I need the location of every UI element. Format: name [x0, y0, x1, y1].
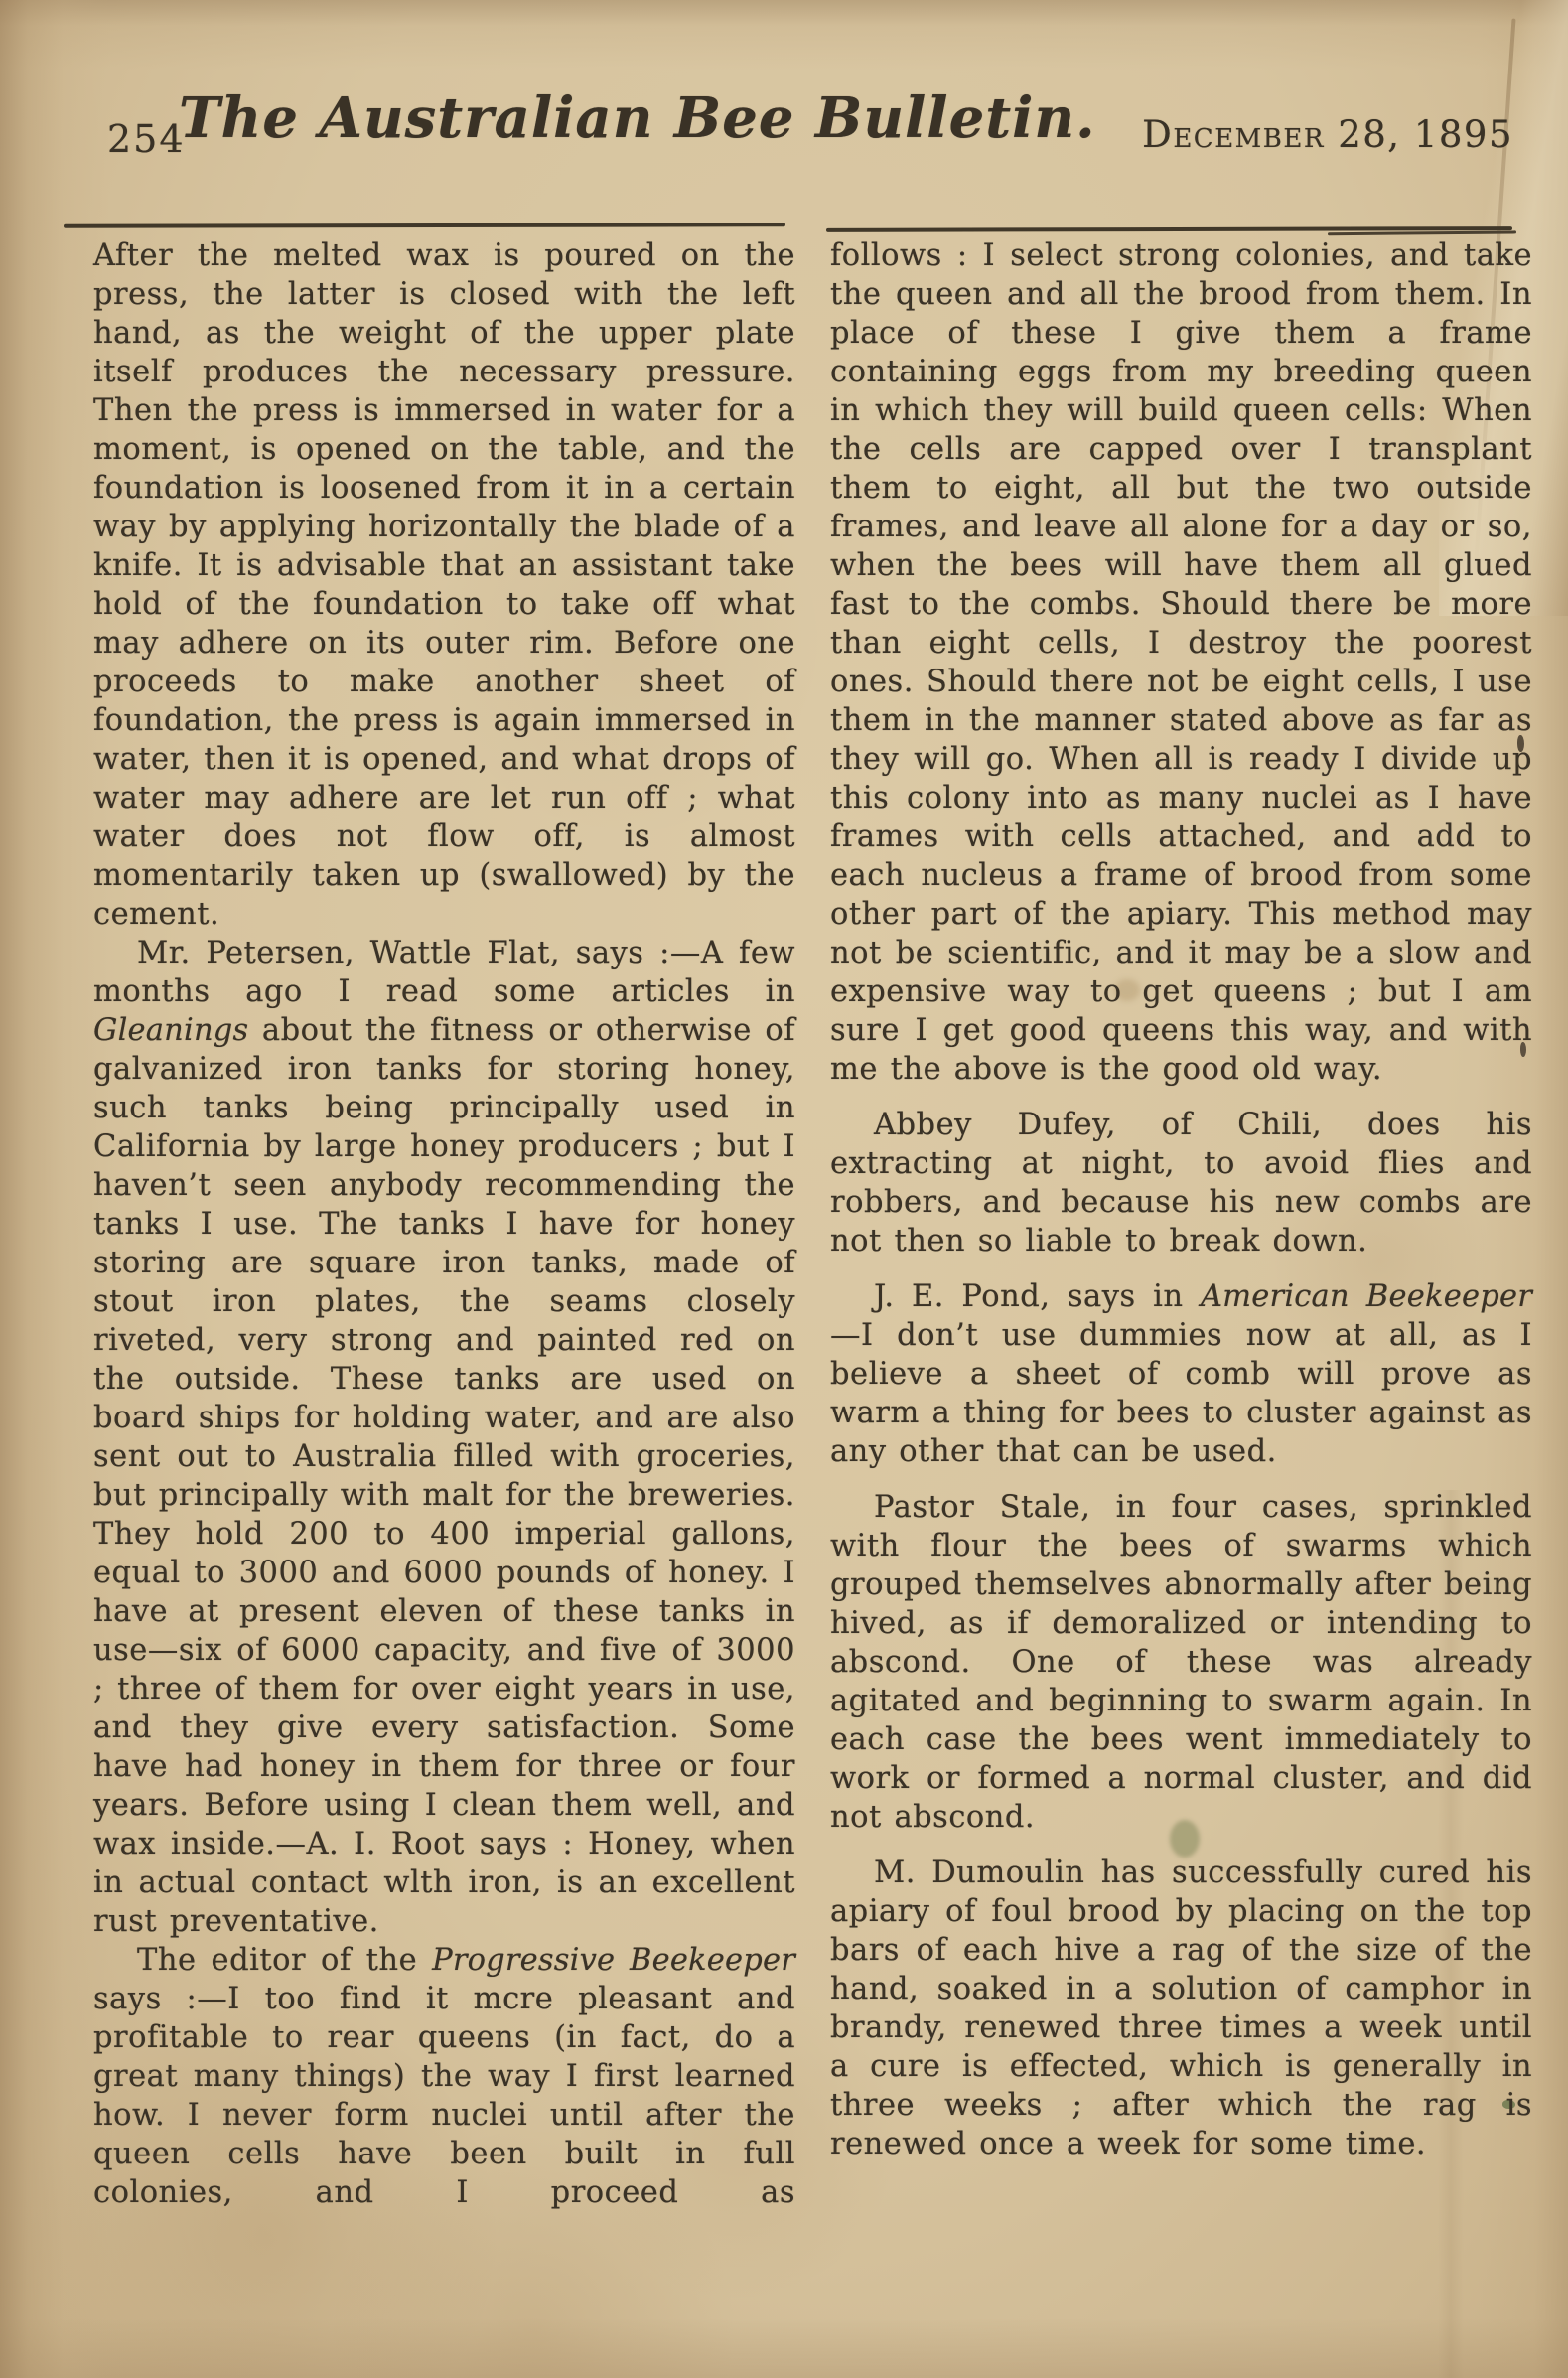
text-segment: about the fitness or otherwise of galvan…: [93, 1013, 795, 1939]
text-segment: M. Dumoulin has successfully cured his a…: [830, 1856, 1532, 2161]
text-segment: The editor of the: [137, 1943, 432, 1978]
paragraph: After the melted wax is poured on the pr…: [93, 236, 795, 934]
page-title: The Australian Bee Bulletin.: [179, 85, 1072, 151]
journal-name: Progressive Beekeeper: [432, 1943, 795, 1978]
paragraph: The editor of the Progressive Beekeeper …: [93, 1941, 795, 2212]
journal-name: Gleanings: [93, 1013, 248, 1048]
paragraph: follows : I select strong colonies, and …: [830, 236, 1532, 1089]
text-segment: Pastor Stale, in four cases, sprinkled w…: [830, 1490, 1532, 1835]
paragraph: Mr. Petersen, Wattle Flat, says :—A few …: [93, 934, 795, 1941]
issue-date: December 28, 1895: [1092, 113, 1513, 156]
text-segment: says :—I too find it mcre pleasant and p…: [93, 1982, 795, 2210]
journal-name: American Beekeeper: [1201, 1279, 1532, 1314]
text-segment: —I don’t use dummies now at all, as I be…: [830, 1318, 1532, 1469]
header-rule-left: [64, 223, 785, 228]
paragraph: J. E. Pond, says in American Beekeeper —…: [830, 1277, 1532, 1471]
text-segment: J. E. Pond, says in: [874, 1279, 1201, 1314]
text-segment: After the melted wax is poured on the pr…: [93, 238, 795, 932]
left-column: After the melted wax is poured on the pr…: [93, 236, 795, 2212]
page-number: 254: [107, 117, 186, 161]
page: 254 The Australian Bee Bulletin. Decembe…: [0, 0, 1568, 2378]
paragraph: M. Dumoulin has successfully cured his a…: [830, 1854, 1532, 2163]
paragraph: Pastor Stale, in four cases, sprinkled w…: [830, 1488, 1532, 1837]
text-segment: follows : I select strong colonies, and …: [830, 238, 1532, 1087]
text-segment: Abbey Dufey, of Chili, does his extracti…: [830, 1108, 1532, 1259]
right-column: follows : I select strong colonies, and …: [830, 236, 1532, 2163]
text-segment: Mr. Petersen, Wattle Flat, says :—A few …: [93, 936, 795, 1009]
header-rule-right: [826, 226, 1512, 232]
paragraph: Abbey Dufey, of Chili, does his extracti…: [830, 1106, 1532, 1261]
